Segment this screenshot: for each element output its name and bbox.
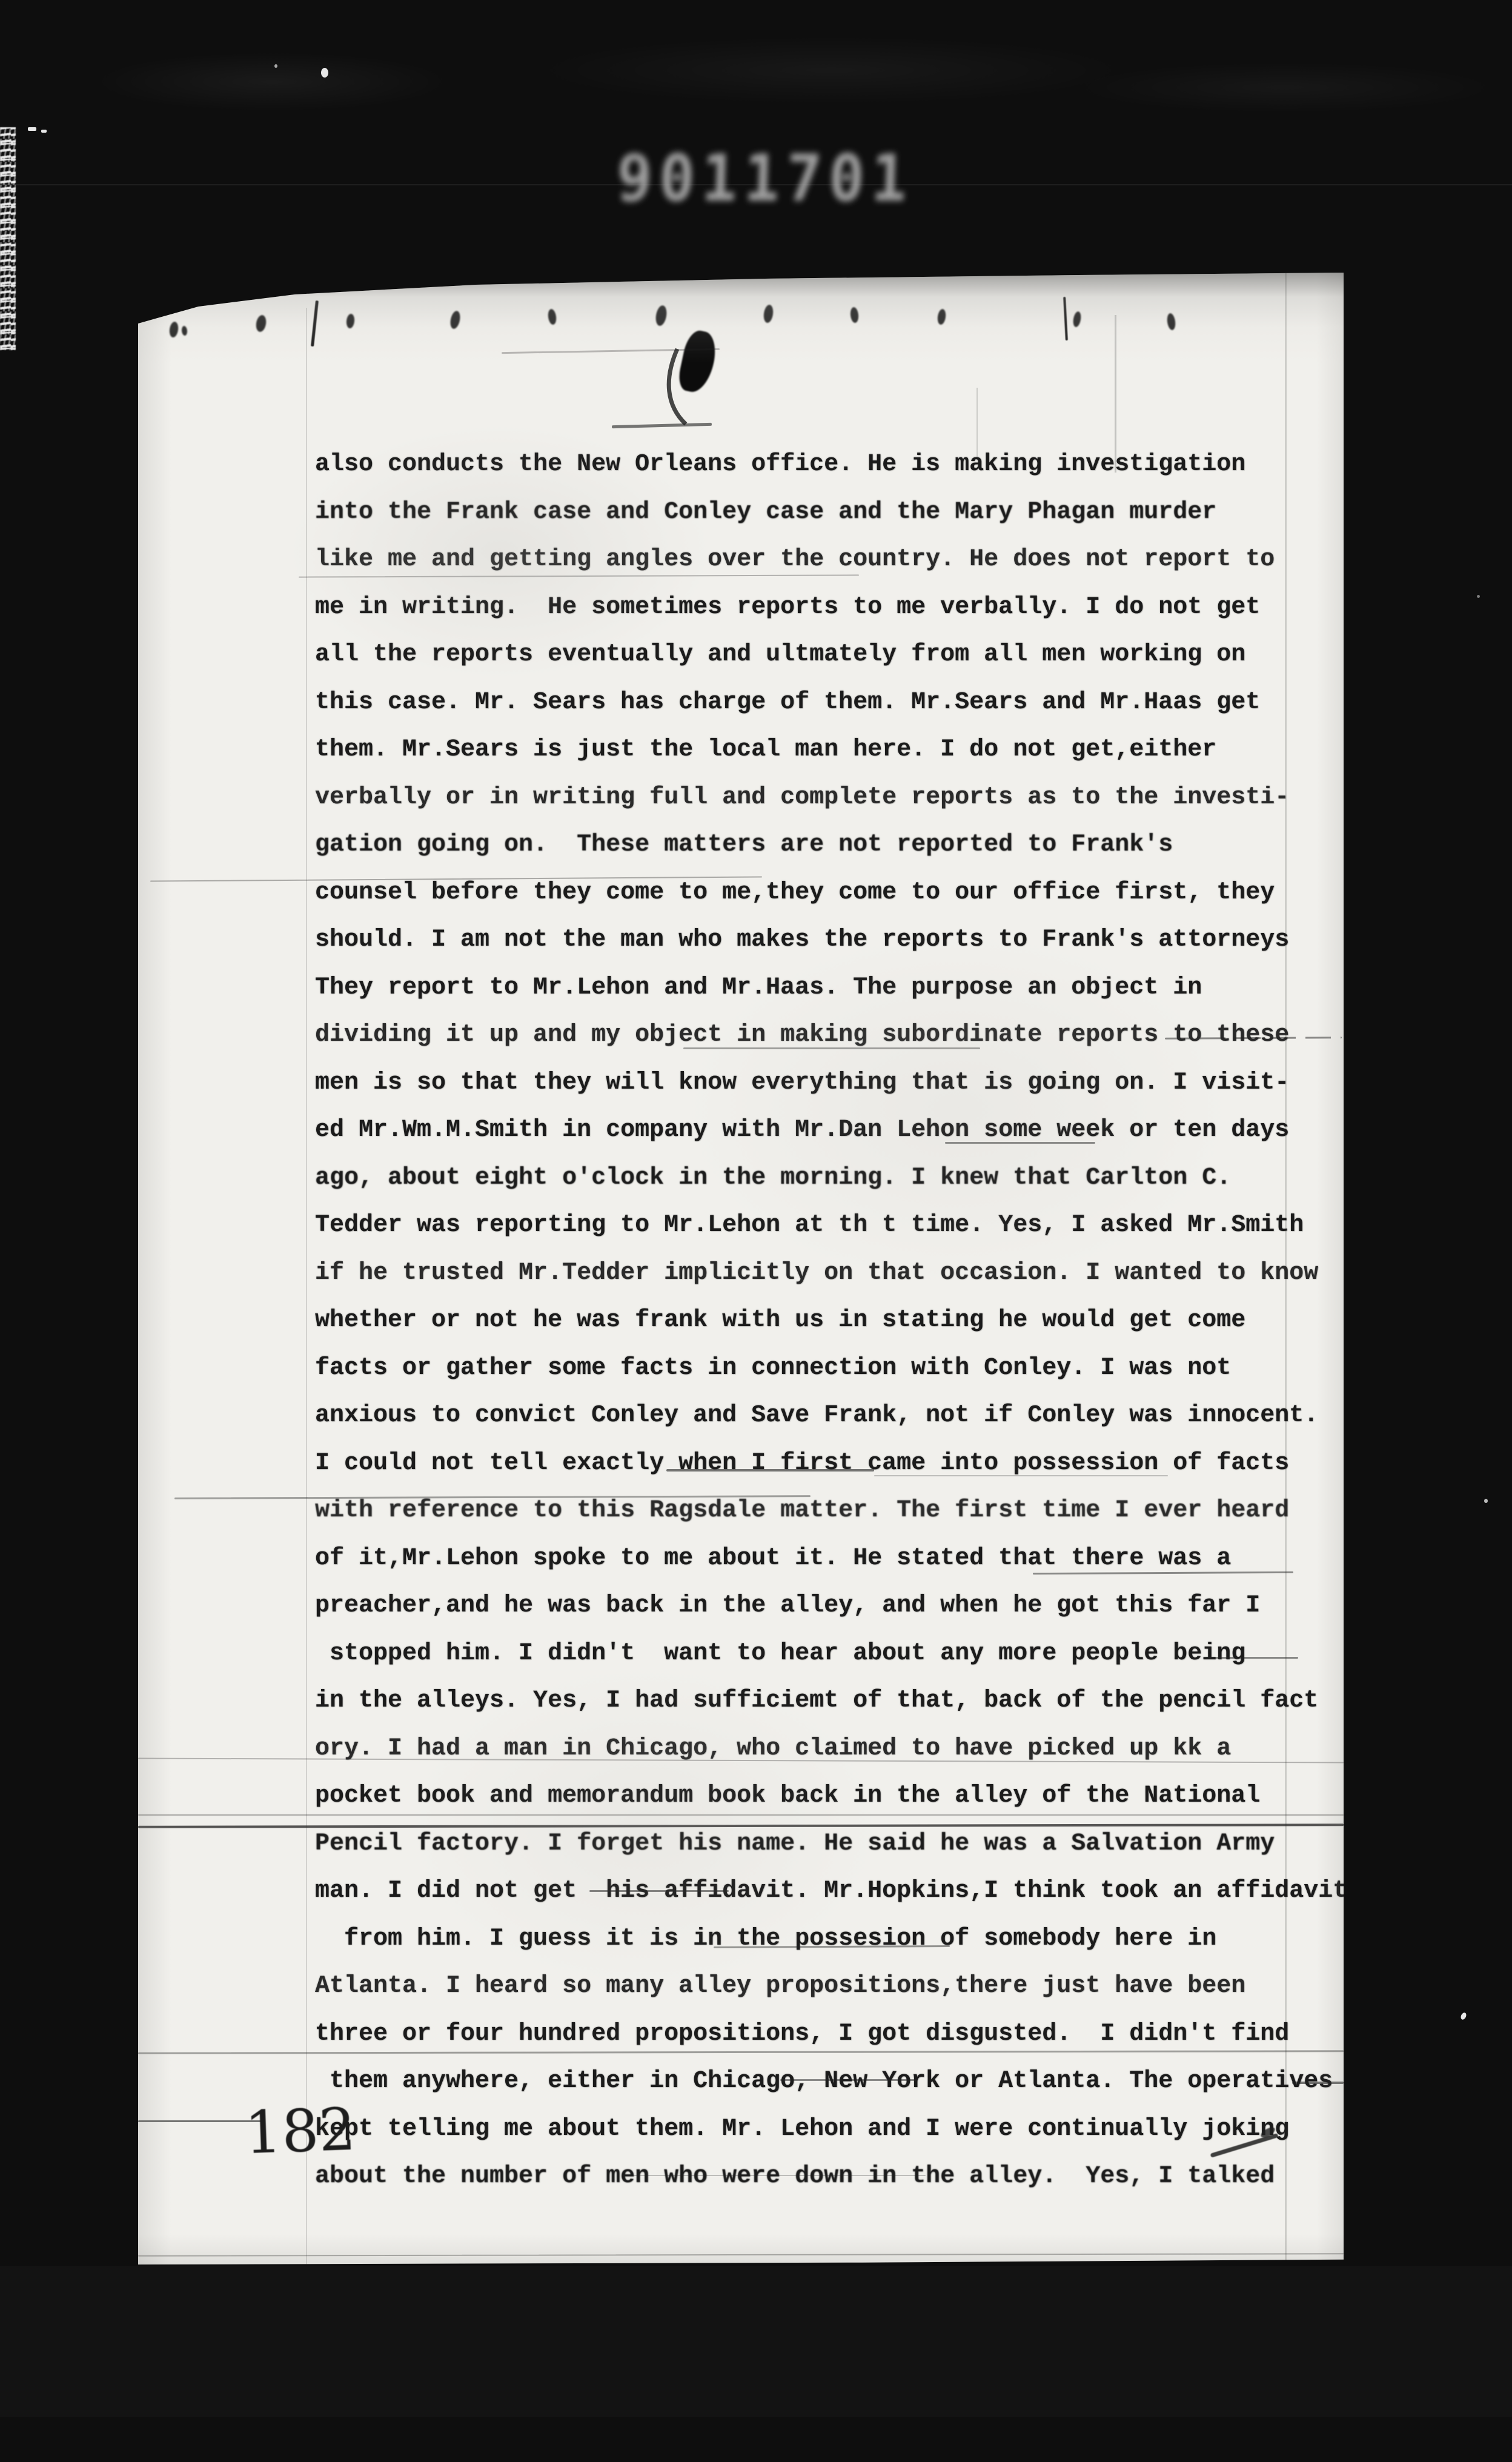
- film-speck: [1484, 1499, 1488, 1503]
- text-line: them. Mr.Sears is just the local man her…: [315, 726, 1347, 774]
- punch-dot: [763, 304, 774, 324]
- scan-artifact-line: [874, 1475, 1168, 1476]
- fold-crease: [306, 308, 307, 2265]
- punch-dot: [654, 305, 668, 327]
- scan-artifact-line: [138, 2120, 262, 2122]
- text-line: this case. Mr. Sears has charge of them.…: [315, 679, 1347, 727]
- film-grain-band: [0, 24, 1512, 139]
- text-line: from him. I guess it is in the possesion…: [315, 1916, 1347, 1963]
- text-line: ago, about eight o'clock in the morning.…: [315, 1155, 1347, 1203]
- text-line: in the alleys. Yes, I had sufficiemt of …: [315, 1677, 1347, 1725]
- text-line: Tedder was reporting to Mr.Lehon at th t…: [315, 1202, 1347, 1250]
- scan-artifact-line: [945, 1142, 1095, 1144]
- film-bottom-band: [0, 2266, 1512, 2417]
- film-speck: [274, 64, 277, 68]
- text-line: also conducts the New Orleans office. He…: [315, 441, 1347, 489]
- film-speck: [41, 130, 47, 133]
- scan-artifact-line: [683, 1047, 980, 1049]
- punch-dot: [850, 307, 860, 323]
- film-edge-noise: [0, 127, 16, 350]
- punch-dot: [1072, 311, 1082, 328]
- text-line: me in writing. He sometimes reports to m…: [315, 584, 1347, 632]
- text-line: verbally or in writing full and complete…: [315, 774, 1347, 822]
- scan-artifact-line: [623, 2175, 926, 2176]
- text-line: ory. I had a man in Chicago, who claimed…: [315, 1725, 1347, 1773]
- text-line: Atlanta. I heard so many alley propositi…: [315, 1963, 1347, 2011]
- scan-artifact-line: [780, 2079, 917, 2081]
- punch-dot: [1166, 313, 1176, 331]
- film-speck: [321, 68, 328, 78]
- text-line: ed Mr.Wm.M.Smith in company with Mr.Dan …: [315, 1107, 1347, 1155]
- microfilm-frame: 9011701 also conducts the New Orleans of…: [0, 0, 1512, 2462]
- text-line: all the reports eventually and ultmately…: [315, 631, 1347, 679]
- text-line: They report to Mr.Lehon and Mr.Haas. The…: [315, 964, 1347, 1012]
- punch-dot: [449, 310, 462, 330]
- text-line: gation going on. These matters are not r…: [315, 821, 1347, 869]
- text-line: whether or not he was frank with us in s…: [315, 1297, 1347, 1345]
- pen-tick-mark: [311, 300, 319, 347]
- pen-tick-mark: [1063, 297, 1068, 340]
- text-line: anxious to convict Conley and Save Frank…: [315, 1392, 1347, 1440]
- scan-artifact-line: [138, 2253, 1344, 2256]
- text-line: into the Frank case and Conley case and …: [315, 489, 1347, 537]
- text-line: of it,Mr.Lehon spoke to me about it. He …: [315, 1535, 1347, 1583]
- text-line: should. I am not the man who makes the r…: [315, 917, 1347, 964]
- text-line: dividing it up and my object in making s…: [315, 1012, 1347, 1060]
- film-speck: [1477, 595, 1480, 598]
- scan-artifact-line: [1205, 1657, 1298, 1659]
- film-speck: [28, 127, 36, 131]
- text-line: men is so that they will know everything…: [315, 1060, 1347, 1107]
- punch-dot: [255, 314, 268, 333]
- scan-artifact-line: [589, 1890, 729, 1892]
- text-line: if he trusted Mr.Tedder implicitly on th…: [315, 1250, 1347, 1298]
- text-line: kept telling me about them. Mr. Lehon an…: [315, 2106, 1347, 2154]
- pencil-hook-mark: [657, 344, 711, 435]
- punch-dot: [937, 308, 946, 325]
- punch-dot: [168, 321, 179, 338]
- scan-artifact-line: [666, 1469, 874, 1472]
- punch-dot: [181, 326, 188, 336]
- film-speck: [1460, 2012, 1467, 2020]
- text-line: facts or gather some facts in connection…: [315, 1345, 1347, 1393]
- text-line: with reference to this Ragsdale matter. …: [315, 1487, 1347, 1535]
- page-number: 182: [244, 2095, 357, 2167]
- text-line: man. I did not get his affidavit. Mr.Hop…: [315, 1868, 1347, 1916]
- scan-artifact-line: [1292, 2082, 1344, 2084]
- text-line: stopped him. I didn't want to hear about…: [315, 1630, 1347, 1678]
- document-page: also conducts the New Orleans office. He…: [138, 273, 1344, 2265]
- text-line: I could not tell exactly when I first ca…: [315, 1440, 1347, 1488]
- punch-dot: [547, 308, 557, 325]
- text-line: about the number of men who were down in…: [315, 2153, 1347, 2201]
- typewritten-text: also conducts the New Orleans office. He…: [315, 441, 1347, 2201]
- film-frame-number-stamp: 9011701: [615, 141, 897, 216]
- text-line: them anywhere, either in Chicago, New Yo…: [315, 2058, 1347, 2106]
- scan-artifact-line: [138, 1814, 1344, 1816]
- punch-dot: [346, 313, 355, 328]
- text-line: preacher,and he was back in the alley, a…: [315, 1582, 1347, 1630]
- text-line: counsel before they come to me,they come…: [315, 869, 1347, 917]
- text-line: pocket book and memorandum book back in …: [315, 1773, 1347, 1820]
